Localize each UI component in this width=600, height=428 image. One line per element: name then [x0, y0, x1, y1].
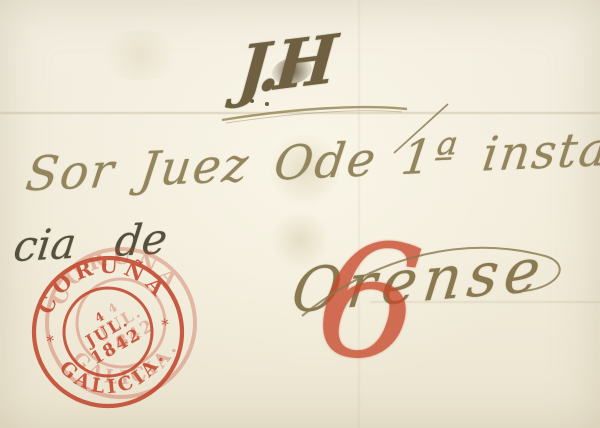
postmark-ornament-left: * — [45, 332, 55, 351]
postmark-ornament-right: * — [160, 315, 170, 334]
postmark-coruna-galicia: CORUÑA GALICIA. 4 JUL. 1842 CORUÑA GALIC… — [16, 240, 200, 424]
postal-cover-scan: J.H Sor Juez Ode 1ª instan cia de Orense… — [0, 0, 600, 428]
